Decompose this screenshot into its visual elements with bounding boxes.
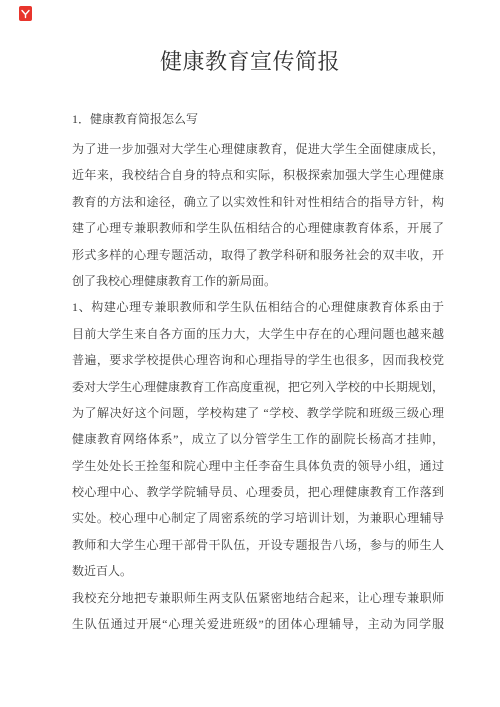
- body-line: 健康教育网络体系”，成立了以分管学生工作的副院长杨高才挂帅，: [72, 426, 444, 452]
- body-line: 形式多样的心理专题活动，取得了教学科研和服务社会的双丰收，开: [72, 242, 444, 268]
- body-line: 目前大学生来自各方面的压力大，大学生中存在的心理问题也越来越: [72, 321, 444, 347]
- section-heading: 1．健康教育简报怎么写: [72, 110, 198, 128]
- body-line: 教育的方法和途径，确立了以实效性和针对性相结合的指导方针，构: [72, 189, 444, 215]
- body-line: 为了解决好这个问题，学校构建了 “学校、教学学院和班级三级心理: [72, 400, 444, 426]
- body-line: 教师和大学生心理干部骨干队伍，开设专题报告八场，参与的师生人: [72, 532, 444, 558]
- body-line: 为了进一步加强对大学生心理健康教育，促进大学生全面健康成长，: [72, 136, 444, 162]
- body-line: 我校充分地把专兼职师生两支队伍紧密地结合起来，让心理专兼职师: [72, 585, 444, 611]
- document-body: 为了进一步加强对大学生心理健康教育，促进大学生全面健康成长， 近年来，我校结合自…: [72, 136, 444, 637]
- body-line: 创了我校心理健康教育工作的新局面。: [72, 268, 444, 294]
- body-line: 数近百人。: [72, 558, 444, 584]
- body-line: 1、构建心理专兼职教师和学生队伍相结合的心理健康教育体系由于: [72, 294, 444, 320]
- body-line: 近年来，我校结合自身的特点和实际，积极探索加强大学生心理健康: [72, 162, 444, 188]
- document-page: 健康教育宣传简报 1．健康教育简报怎么写 为了进一步加强对大学生心理健康教育，促…: [0, 0, 500, 707]
- document-title: 健康教育宣传简报: [0, 48, 500, 76]
- body-line: 校心理中心、教学学院辅导员、心理委员，把心理健康教育工作落到: [72, 479, 444, 505]
- body-line: 建了心理专兼职教师和学生队伍相结合的心理健康教育体系，开展了: [72, 215, 444, 241]
- body-line: 普遍，要求学校提供心理咨询和心理指导的学生也很多，因而我校党: [72, 347, 444, 373]
- body-line: 委对大学生心理健康教育工作高度重视，把它列入学校的中长期规划，: [72, 374, 444, 400]
- red-stamp-icon: [19, 6, 32, 21]
- body-line: 实处。校心理中心制定了周密系统的学习培训计划，为兼职心理辅导: [72, 505, 444, 531]
- body-line: 生队伍通过开展“心理关爱进班级”的团体心理辅导，主动为同学服: [72, 611, 444, 637]
- body-line: 学生处处长王拴玺和院心理中主任李奋生具体负责的领导小组，通过: [72, 453, 444, 479]
